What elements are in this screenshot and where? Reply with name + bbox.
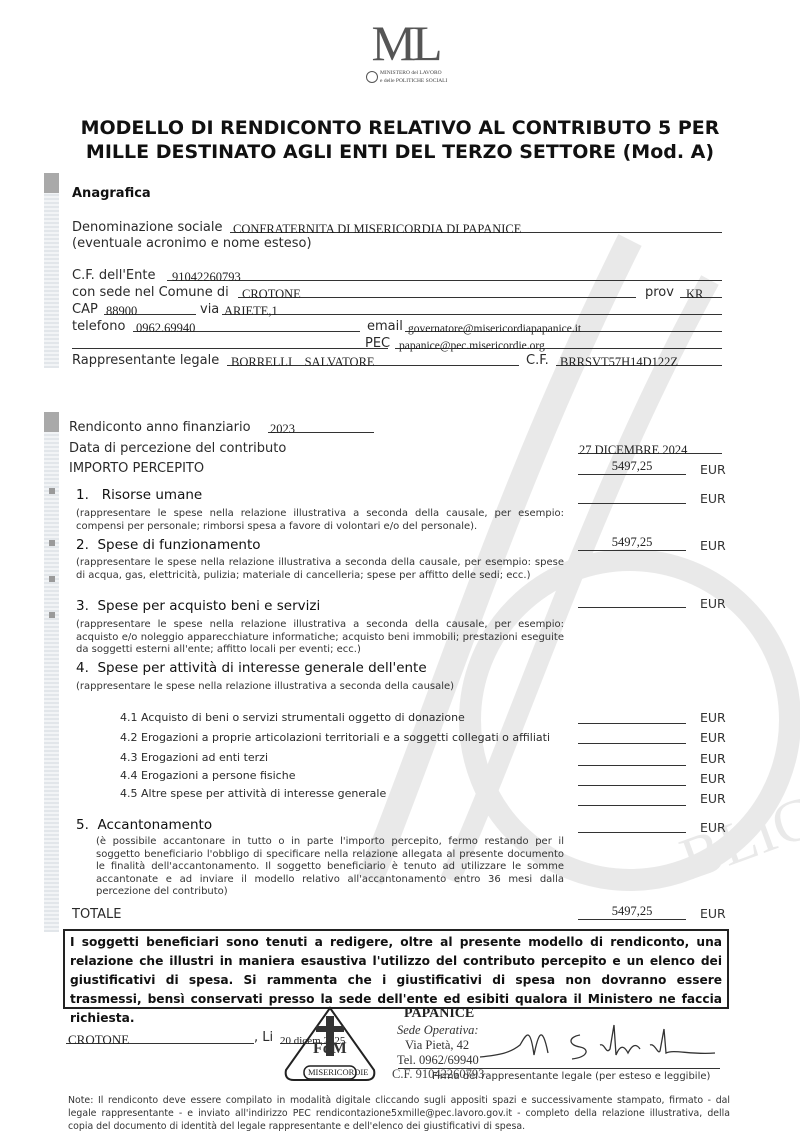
pec-field[interactable]: papanice@pec.misericordie.org bbox=[395, 334, 722, 349]
section-1-amount-field[interactable] bbox=[578, 488, 686, 504]
email-label: email bbox=[367, 319, 403, 334]
prov-label: prov bbox=[645, 285, 674, 300]
comune-field[interactable]: CROTONE bbox=[238, 283, 636, 298]
data-percezione-label: Data di percezione del contributo bbox=[69, 441, 286, 456]
rappresentante-value: BORRELLI SALVATORE bbox=[227, 355, 375, 369]
accantonamento-title: 5. Accantonamento bbox=[76, 817, 212, 833]
via-value: ARIETE,1 bbox=[222, 304, 278, 318]
telefono-value: 0962.69940 bbox=[133, 321, 195, 335]
prov-field[interactable]: KR bbox=[680, 283, 722, 298]
notice-box: I soggetti beneficiari sono tenuti a red… bbox=[63, 929, 729, 1009]
logo-ministry-line1: MINISTERO del LAVORO bbox=[380, 70, 442, 76]
subsection-4-2-label: 4.2 Erogazioni a proprie articolazioni t… bbox=[120, 731, 550, 744]
subsection-4-2-field[interactable] bbox=[578, 728, 686, 744]
footer-note: Note: Il rendiconto deve essere compilat… bbox=[68, 1094, 730, 1133]
section-4-title: 4. Spese per attività di interesse gener… bbox=[76, 660, 427, 676]
telefono-label: telefono bbox=[72, 319, 125, 334]
firma-label: Firma del rappresentante legale (per est… bbox=[432, 1071, 710, 1082]
section-1-currency: EUR bbox=[700, 491, 726, 506]
logo-ministry-line2: e delle POLITICHE SOCIALI bbox=[380, 78, 447, 84]
rappresentante-field[interactable]: BORRELLI SALVATORE bbox=[227, 351, 519, 366]
importo-percepito-label: IMPORTO PERCEPITO bbox=[69, 461, 204, 476]
importo-percepito-field[interactable]: 5497,25 bbox=[578, 459, 686, 475]
denominazione-label: Denominazione sociale bbox=[72, 220, 223, 235]
subsection-4-1-label: 4.1 Acquisto di beni o servizi strumenta… bbox=[120, 711, 465, 724]
anno-value: 2023 bbox=[268, 422, 295, 436]
sidebar-dot bbox=[49, 612, 55, 618]
document-title: MODELLO DI RENDICONTO RELATIVO AL CONTRI… bbox=[0, 116, 800, 164]
totale-currency: EUR bbox=[700, 906, 726, 921]
accantonamento-currency: EUR bbox=[700, 820, 726, 835]
section-3-currency: EUR bbox=[700, 596, 726, 611]
accantonamento-amount-field[interactable] bbox=[578, 817, 686, 833]
cf-ente-value: 91042260793 bbox=[167, 270, 241, 284]
pec-label: PEC bbox=[365, 336, 390, 351]
cf-ente-label: C.F. dell'Ente bbox=[72, 268, 155, 283]
ministry-logo: ML MINISTERO del LAVORO e delle POLITICH… bbox=[360, 18, 450, 90]
section-3-note: (rappresentare le spese nella relazione … bbox=[76, 619, 564, 657]
italian-emblem-icon bbox=[366, 71, 378, 83]
signature-line bbox=[398, 1068, 720, 1069]
denominazione-value: CONFRATERNITA DI MISERICORDIA DI PAPANIC… bbox=[230, 222, 521, 236]
stamp-center-text: FdM bbox=[313, 1040, 347, 1058]
cap-label: CAP bbox=[72, 302, 98, 317]
data-percezione-field[interactable]: 27 DICEMBRE 2024 bbox=[578, 439, 722, 454]
comune-value: CROTONE bbox=[238, 287, 301, 301]
sidebar-dot bbox=[49, 576, 55, 582]
via-field[interactable]: ARIETE,1 bbox=[222, 300, 722, 315]
notice-text: I soggetti beneficiari sono tenuti a red… bbox=[70, 933, 722, 1028]
totale-field[interactable]: 5497,25 bbox=[578, 904, 686, 920]
stamp-bottom-text: MISERICORDIE bbox=[308, 1067, 368, 1077]
handwritten-signature[interactable] bbox=[460, 1015, 720, 1070]
logo-monogram: ML bbox=[360, 18, 450, 68]
currency-label: EUR bbox=[700, 462, 726, 477]
email-field[interactable]: governatore@misericordiapapanice.it bbox=[405, 317, 722, 332]
subsection-4-3-field[interactable] bbox=[578, 750, 686, 766]
section-2-title: 2. Spese di funzionamento bbox=[76, 537, 261, 553]
totale-value: 5497,25 bbox=[612, 904, 653, 918]
accantonamento-note: (è possibile accantonare in tutto o in p… bbox=[96, 836, 564, 899]
subsection-4-5-currency: EUR bbox=[700, 791, 726, 806]
via-label: via bbox=[200, 302, 219, 317]
subsection-4-5-field[interactable] bbox=[578, 790, 686, 806]
subsection-4-3-label: 4.3 Erogazioni ad enti terzi bbox=[120, 751, 268, 764]
title-line-1: MODELLO DI RENDICONTO RELATIVO AL CONTRI… bbox=[0, 116, 800, 140]
place-value: CROTONE bbox=[66, 1032, 129, 1047]
anno-field[interactable]: 2023 bbox=[268, 418, 374, 433]
subsection-4-5-label: 4.5 Altre spese per attività di interess… bbox=[120, 787, 386, 800]
rappresentante-label: Rappresentante legale bbox=[72, 353, 219, 368]
sidebar-dot bbox=[49, 488, 55, 494]
pec-blank-line bbox=[72, 334, 388, 349]
subsection-4-1-field[interactable] bbox=[578, 708, 686, 724]
place-field[interactable]: CROTONE bbox=[66, 1029, 254, 1044]
section-2-amount-field[interactable]: 5497,25 bbox=[578, 535, 686, 551]
section-1-title: 1. Risorse umane bbox=[76, 487, 202, 503]
subsection-4-4-label: 4.4 Erogazioni a persone fisiche bbox=[120, 769, 295, 782]
cap-field[interactable]: 88900 bbox=[104, 300, 196, 315]
data-percezione-value: 27 DICEMBRE 2024 bbox=[578, 443, 687, 457]
sidebar-dot bbox=[49, 540, 55, 546]
subsection-4-1-currency: EUR bbox=[700, 710, 726, 725]
comune-label: con sede nel Comune di bbox=[72, 285, 229, 300]
cf-ente-field[interactable]: 91042260793 bbox=[167, 266, 722, 281]
sidebar-marker-anagrafica bbox=[44, 173, 59, 368]
anno-label: Rendiconto anno finanziario bbox=[69, 420, 251, 435]
anagrafica-heading: Anagrafica bbox=[72, 186, 151, 201]
prov-value: KR bbox=[680, 287, 703, 301]
section-4-note: (rappresentare le spese nella relazione … bbox=[76, 681, 454, 694]
telefono-field[interactable]: 0962.69940 bbox=[133, 317, 360, 332]
cf-rappresentante-value: BRRSVT57H14D122Z bbox=[556, 355, 678, 369]
importo-percepito-value: 5497,25 bbox=[612, 459, 653, 473]
subsection-4-4-field[interactable] bbox=[578, 770, 686, 786]
subsection-4-2-currency: EUR bbox=[700, 730, 726, 745]
li-label: , Li bbox=[254, 1030, 273, 1045]
totale-label: TOTALE bbox=[72, 907, 121, 922]
title-line-2: MILLE DESTINATO AGLI ENTI DEL TERZO SETT… bbox=[0, 140, 800, 164]
subsection-4-4-currency: EUR bbox=[700, 771, 726, 786]
section-3-title: 3. Spese per acquisto beni e servizi bbox=[76, 598, 320, 614]
section-2-currency: EUR bbox=[700, 538, 726, 553]
section-3-amount-field[interactable] bbox=[578, 592, 686, 608]
cf-rappresentante-field[interactable]: BRRSVT57H14D122Z bbox=[556, 351, 722, 366]
acronimo-label: (eventuale acronimo e nome esteso) bbox=[72, 236, 312, 251]
denominazione-field[interactable]: CONFRATERNITA DI MISERICORDIA DI PAPANIC… bbox=[230, 218, 722, 233]
section-1-note: (rappresentare le spese nella relazione … bbox=[76, 508, 564, 533]
section-2-amount: 5497,25 bbox=[612, 535, 653, 549]
cf-rappresentante-label: C.F. bbox=[526, 353, 549, 368]
subsection-4-3-currency: EUR bbox=[700, 751, 726, 766]
cap-value: 88900 bbox=[104, 304, 137, 318]
section-2-note: (rappresentare le spese nella relazione … bbox=[76, 557, 564, 582]
